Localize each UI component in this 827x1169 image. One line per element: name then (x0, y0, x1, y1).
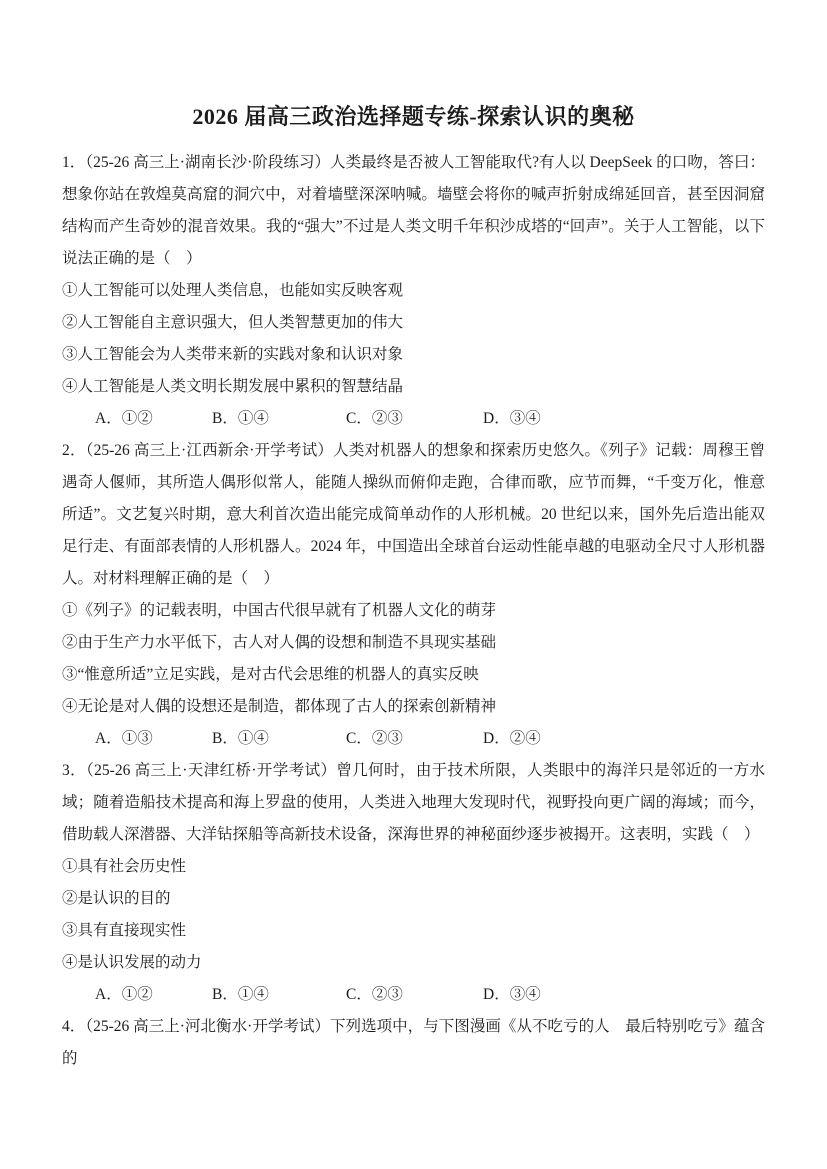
question-3: 3．（25-26 高三上·天津红桥·开学考试）曾几何时，由于技术所限，人类眼中的… (62, 755, 765, 1011)
exam-document-page: 2026 届高三政治选择题专练-探索认识的奥秘 1．（25-26 高三上·湖南长… (0, 0, 827, 1169)
page-title: 2026 届高三政治选择题专练-探索认识的奥秘 (62, 99, 765, 135)
question-1-choice-d: D．③④ (483, 403, 541, 435)
question-1-option-3: ③人工智能会为人类带来新的实践对象和认识对象 (62, 339, 765, 371)
question-2-option-3: ③“惟意所适”立足实践，是对古代会思维的机器人的真实反映 (62, 659, 765, 691)
question-2-answer-row: A．①③B．①④C．②③D．②④ (62, 723, 765, 755)
question-2-option-4: ④无论是对人偶的设想还是制造，都体现了古人的探索创新精神 (62, 691, 765, 723)
question-3-stem: 3．（25-26 高三上·天津红桥·开学考试）曾几何时，由于技术所限，人类眼中的… (62, 755, 765, 851)
question-2-option-2: ②由于生产力水平低下，古人对人偶的设想和制造不具现实基础 (62, 627, 765, 659)
question-1: 1．（25-26 高三上·湖南长沙·阶段练习）人类最终是否被人工智能取代?有人以… (62, 147, 765, 435)
question-1-option-2: ②人工智能自主意识强大，但人类智慧更加的伟大 (62, 307, 765, 339)
question-3-option-1: ①具有社会历史性 (62, 851, 765, 883)
question-1-answer-row: A．①②B．①④C．②③D．③④ (62, 403, 765, 435)
question-3-answer-row: A．①②B．①④C．②③D．③④ (62, 979, 765, 1011)
question-3-choice-a: A．①② (95, 979, 212, 1011)
question-3-choice-b: B．①④ (212, 979, 346, 1011)
question-1-choice-b: B．①④ (212, 403, 346, 435)
question-2-choice-d: D．②④ (483, 723, 541, 755)
question-4-stem: 4．（25-26 高三上·河北衡水·开学考试）下列选项中，与下图漫画《从不吃亏的… (62, 1011, 765, 1075)
question-3-choice-d: D．③④ (483, 979, 541, 1011)
question-2-choice-a: A．①③ (95, 723, 212, 755)
question-1-stem: 1．（25-26 高三上·湖南长沙·阶段练习）人类最终是否被人工智能取代?有人以… (62, 147, 765, 275)
question-1-option-4: ④人工智能是人类文明长期发展中累积的智慧结晶 (62, 371, 765, 403)
question-2-choice-c: C．②③ (346, 723, 483, 755)
question-2: 2．（25-26 高三上·江西新余·开学考试）人类对机器人的想象和探索历史悠久。… (62, 435, 765, 755)
question-4: 4．（25-26 高三上·河北衡水·开学考试）下列选项中，与下图漫画《从不吃亏的… (62, 1011, 765, 1075)
question-1-option-1: ①人工智能可以处理人类信息，也能如实反映客观 (62, 275, 765, 307)
question-3-option-4: ④是认识发展的动力 (62, 947, 765, 979)
question-2-stem: 2．（25-26 高三上·江西新余·开学考试）人类对机器人的想象和探索历史悠久。… (62, 435, 765, 595)
question-3-option-3: ③具有直接现实性 (62, 915, 765, 947)
question-3-option-2: ②是认识的目的 (62, 883, 765, 915)
question-2-option-1: ①《列子》的记载表明，中国古代很早就有了机器人文化的萌芽 (62, 595, 765, 627)
question-1-choice-a: A．①② (95, 403, 212, 435)
question-1-choice-c: C．②③ (346, 403, 483, 435)
question-3-choice-c: C．②③ (346, 979, 483, 1011)
question-2-choice-b: B．①④ (212, 723, 346, 755)
